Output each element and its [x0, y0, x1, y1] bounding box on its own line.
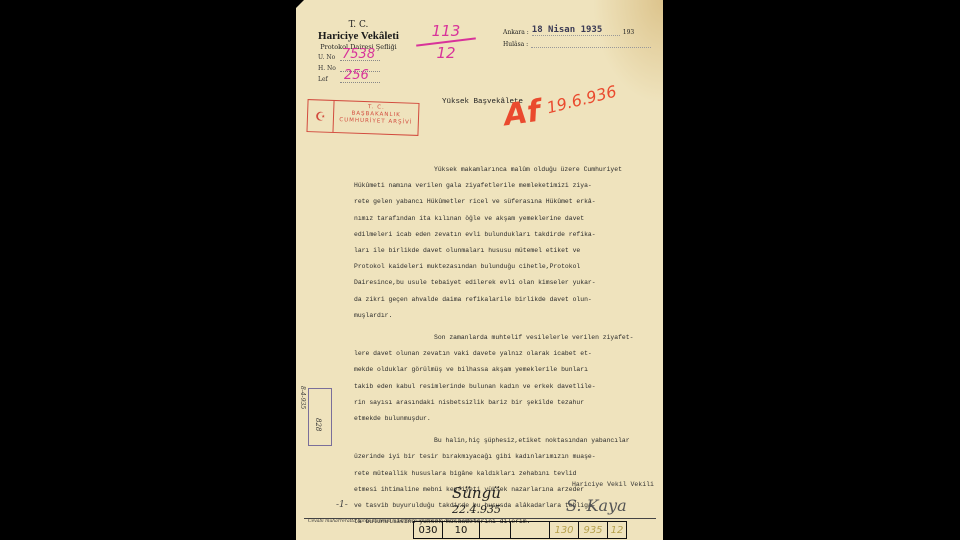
code-cell: 030	[413, 521, 442, 539]
code-cell: 12	[607, 521, 627, 539]
signature: S. Kaya	[566, 496, 627, 515]
paragraph-line: Protokol kaideleri muktezasından bulundu…	[354, 259, 654, 275]
fraction-bottom: 12	[416, 44, 476, 62]
code-cell: 10	[442, 521, 479, 539]
paragraph-line: rin sayısı arasındaki nisbetsizlik bariz…	[354, 395, 654, 411]
letterhead-ministry: Hariciye Vekâleti	[296, 30, 421, 42]
side-registry-stamp: 8-4-935 828	[296, 380, 332, 450]
archive-stamp: ☪ T. C. BAŞBAKANLIK CUMHURİYET ARŞİVİ	[306, 99, 419, 136]
paragraph-line: Dairesince,bu usule tebaiyet edilerek ev…	[354, 275, 654, 291]
paragraph-line: ları ile birlikde davet olunmaları husus…	[354, 243, 654, 259]
paragraph-line: nımız tarafından ita kılınan öğle ve akş…	[354, 211, 654, 227]
paragraph-line: mekde olduklar görülmüş ve bilhassa akşa…	[354, 362, 654, 378]
ref-label: U. No	[318, 54, 340, 61]
archive-code-boxes: 030 10 130 935 12	[413, 521, 627, 539]
code-cell: 935	[578, 521, 607, 539]
paragraph-line: Yüksek makamlarınca malûm olduğu üzere C…	[354, 162, 654, 178]
paragraph-line: Son zamanlarda muhtelif vesilelerle veri…	[354, 330, 654, 346]
ref-value: 7538	[342, 47, 375, 62]
place-date: Ankara : 18 Nisan 1935 193	[503, 25, 634, 36]
paragraph-line: edilmeleri icab eden zevatın evli bulund…	[354, 227, 654, 243]
handwritten-date: 22.4.935	[452, 503, 501, 516]
red-annotation-date: 19.6.936	[545, 82, 619, 118]
ref-value: 256	[344, 68, 369, 83]
paragraph-line: etmekde bulunmuşdur.	[354, 411, 654, 427]
ref-label: Lef	[318, 76, 340, 83]
paragraph-line: Bu halin,hiç şüphesiz,etiket noktasından…	[354, 433, 654, 449]
letterhead-tc: T. C.	[296, 20, 421, 30]
red-initials: Af	[502, 94, 543, 134]
summary-row: Hulâsa :	[503, 41, 651, 48]
date-value: 18 Nisan 1935	[532, 25, 620, 36]
summary-label: Hulâsa :	[503, 41, 528, 48]
paragraph-line: da zikri geçen ahvalde daima refikalaril…	[354, 292, 654, 308]
side-stamp-number: 828	[314, 418, 322, 431]
letter-body: Yüksek makamlarınca malûm olduğu üzere C…	[354, 162, 654, 530]
paragraph-line: Hükûmeti namına verilen gala ziyafetleri…	[354, 178, 654, 194]
ref-lef: Lef 256	[318, 76, 380, 83]
code-cell	[510, 521, 549, 539]
handwritten-note: Süngü	[452, 484, 501, 502]
year-suffix: 193	[623, 29, 634, 36]
paragraph-line: üzerinde iyi bir tesir bırakmıyacağı gib…	[354, 449, 654, 465]
code-cell	[479, 521, 510, 539]
code-cell: 130	[549, 521, 578, 539]
paragraph-line: takib eden kabul resimlerinde bulunan ka…	[354, 379, 654, 395]
side-stamp-date: 8-4-935	[299, 386, 306, 409]
paragraph-line: rete müteallik hususlara bigâne kaldıkla…	[354, 466, 654, 482]
document-page: T. C. Hariciye Vekâleti Protokol Dairesi…	[296, 0, 663, 540]
signatory-title: Hariciye Vekil Vekili	[572, 481, 654, 488]
paragraph-line: rete gelen yabancı Hükûmetler ricel ve s…	[354, 194, 654, 210]
ref-label: H. No	[318, 65, 340, 72]
page-mark: -1-	[336, 500, 348, 510]
ref-u-no: U. No 7538	[318, 54, 380, 61]
file-fraction: 113 12	[416, 22, 476, 62]
crescent-star-icon: ☪	[307, 100, 334, 132]
place-label: Ankara :	[503, 29, 529, 36]
paragraph-line: lere davet olunan zevatın vaki davete ya…	[354, 346, 654, 362]
paragraph-line: muşlardır.	[354, 308, 654, 324]
